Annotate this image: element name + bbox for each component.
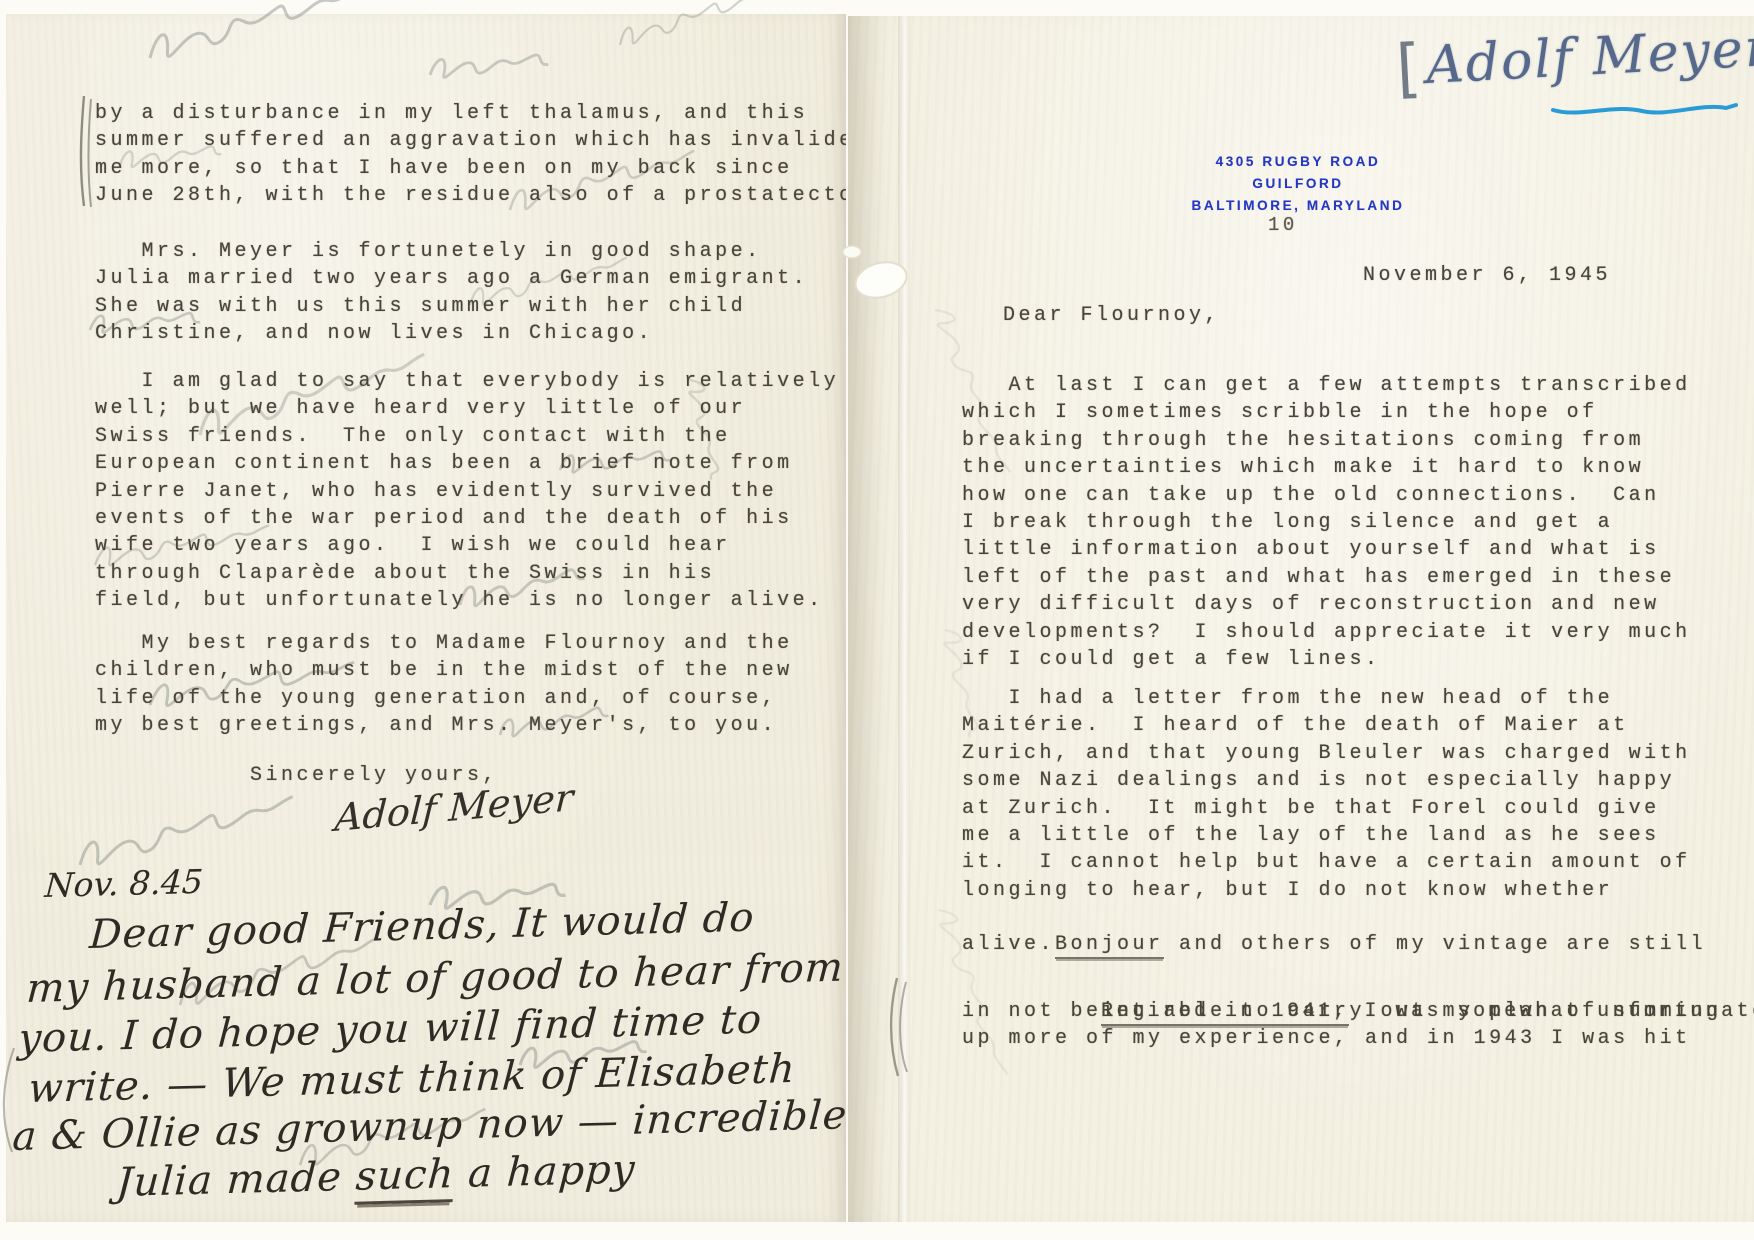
postscript-line: Julia made such a happy (115, 1146, 637, 1206)
typed-line: alive. (962, 931, 1055, 958)
typed-paragraph: by a disturbance in my left thalamus, an… (95, 100, 846, 210)
letterhead: 4305 RUGBY ROAD GUILFORD BALTIMORE, MARY… (1138, 151, 1458, 217)
archivist-annotation: [ Adolf Meyer ] (1394, 16, 1754, 107)
open-bracket: [ (1394, 31, 1423, 106)
postscript-line: Dear good Friends, It would do (88, 895, 756, 958)
annotation-name: Adolf Meyer (1425, 18, 1754, 96)
typed-paragraph: in not being able to carry out my plan o… (962, 998, 1722, 1053)
pencil-underlined-word: Bonjour (1055, 933, 1164, 959)
letterhead-line: GUILFORD (1138, 173, 1458, 195)
page-number: 10 (1268, 212, 1298, 239)
typed-text: and others of my vintage are still (1164, 933, 1707, 956)
postscript-text: Julia made (115, 1154, 357, 1206)
paper-crease (898, 16, 910, 1222)
salutation: Dear Flournoy, (1003, 302, 1220, 329)
postscript-date: Nov. 8.45 (44, 862, 205, 905)
postscript-text: a happy (453, 1146, 637, 1197)
typed-paragraph: I had a letter from the new head of the … (962, 685, 1691, 904)
letterhead-line: 4305 RUGBY ROAD (1138, 151, 1458, 173)
letter-date: November 6, 1945 (1363, 262, 1611, 289)
letter-page-2: by a disturbance in my left thalamus, an… (6, 14, 846, 1222)
typed-paragraph: I am glad to say that everybody is relat… (95, 368, 839, 615)
underlined-word: such (354, 1151, 456, 1205)
typed-paragraph: My best regards to Madame Flournoy and t… (95, 630, 793, 740)
typed-paragraph: Mrs. Meyer is fortunetely in good shape.… (95, 238, 808, 348)
typed-paragraph: At last I can get a few attempts transcr… (962, 372, 1691, 673)
scanned-letter: by a disturbance in my left thalamus, an… (0, 0, 1754, 1240)
letterhead-line: BALTIMORE, MARYLAND (1138, 195, 1458, 217)
letter-page-1: [ Adolf Meyer ] 4305 RUGBY ROAD GUILFORD… (848, 16, 1754, 1222)
